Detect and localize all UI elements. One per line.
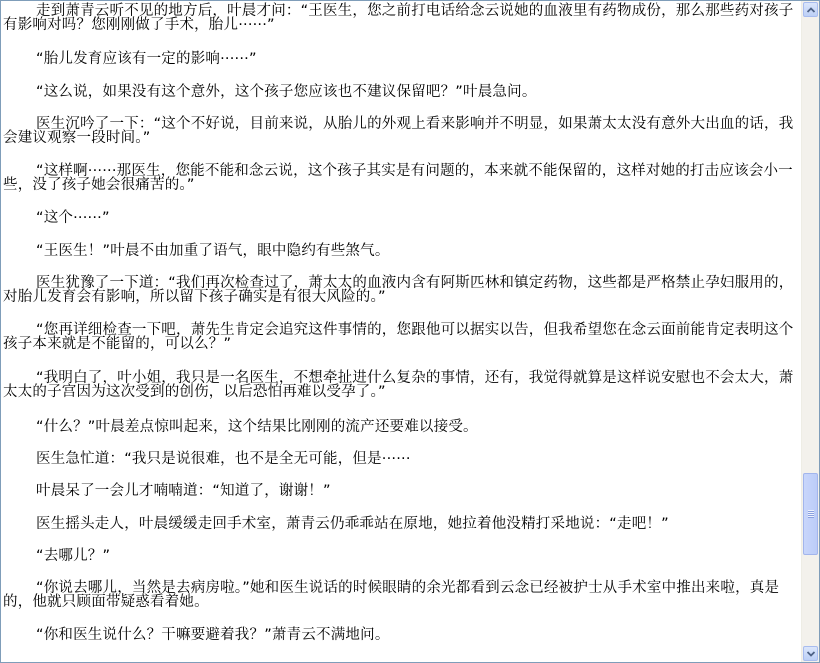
paragraph: “什么？”叶晨差点惊叫起来，这个结果比刚刚的流产还要难以接受。 [3,420,799,434]
paragraph: “您再详细检查一下吧，萧先生肯定会追究这件事情的，您跟他可以据实以告，但我希望您… [3,323,799,351]
paragraph: 医生沉吟了一下：“这个不好说，目前来说，从胎儿的外观上看来影响并不明显，如果萧太… [3,117,799,145]
paragraph: “你说去哪儿，当然是去病房啦。”她和医生说话的时候眼睛的余光都看到云念已经被护士… [3,581,799,609]
paragraph: 叶晨呆了一会儿才喃喃道：“知道了，谢谢！” [3,484,799,498]
document-viewer: 走到萧青云听不见的地方后，叶晨才问：“王医生，您之前打电话给念云说她的血液里有药… [0,0,820,663]
paragraph: “我明白了，叶小姐，我只是一名医生，不想牵扯进什么复杂的事情，还有，我觉得就算是… [3,371,799,399]
paragraph: 走到萧青云听不见的地方后，叶晨才问：“王医生，您之前打电话给念云说她的血液里有药… [3,4,799,32]
paragraph: “胎儿发育应该有一定的影响······” [3,52,799,66]
paragraph: 医生摇头走人，叶晨缓缓走回手术室，萧青云仍乖乖站在原地，她拉着他没精打采地说：“… [3,517,799,531]
chevron-down-icon [807,651,815,657]
paragraph: “王医生！”叶晨不由加重了语气，眼中隐约有些煞气。 [3,244,799,258]
scroll-down-button[interactable] [803,646,818,661]
vertical-scrollbar[interactable] [801,1,819,662]
document-content: 走到萧青云听不见的地方后，叶晨才问：“王医生，您之前打电话给念云说她的血液里有药… [3,1,799,662]
grip-icon [808,510,814,518]
paragraph: 医生急忙道：“我只是说很难，也不是全无可能，但是······ [3,452,799,466]
paragraph: “你和医生说什么？干嘛要避着我？”萧青云不满地问。 [3,628,799,642]
paragraph: “去哪儿？” [3,549,799,563]
paragraph: “这么说，如果没有这个意外，这个孩子您应该也不建议保留吧？”叶晨急问。 [3,85,799,99]
scroll-up-button[interactable] [803,2,818,17]
paragraph: 医生犹豫了一下道：“我们再次检查过了，萧太太的血液内含有阿斯匹林和镇定药物，这些… [3,276,799,304]
paragraph: “这个······” [3,211,799,225]
paragraph: “这样啊······那医生，您能不能和念云说，这个孩子其实是有问题的，本来就不能… [3,164,799,192]
scroll-thumb[interactable] [803,473,818,555]
chevron-up-icon [807,7,815,13]
